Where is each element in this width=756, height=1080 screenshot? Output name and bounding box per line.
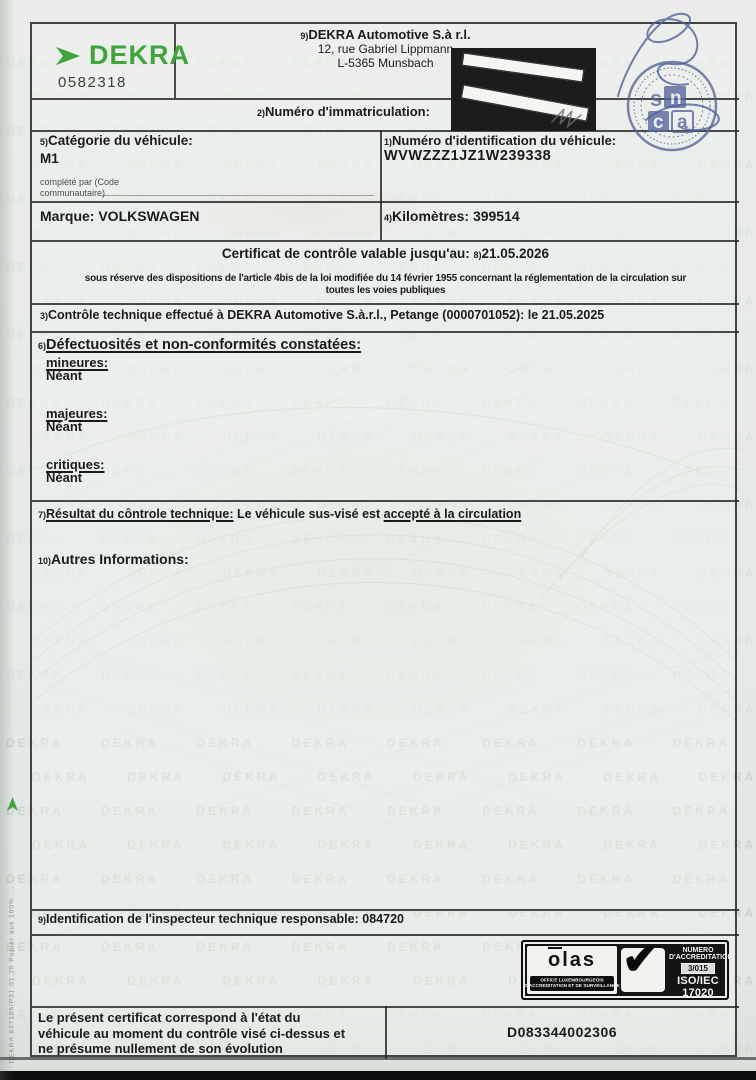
field-ref: 4) (384, 213, 392, 223)
row-divider (32, 909, 739, 911)
station-number: 0582318 (58, 74, 127, 91)
result-value: accepté à la circulation (384, 507, 522, 521)
category-note: complété par (Code communautaire) (40, 177, 119, 198)
snca-stamp: s n c a (624, 56, 720, 156)
field-ref: 10) (38, 556, 51, 566)
row-divider (32, 303, 739, 305)
code-fill-line (102, 195, 374, 196)
field-ref: 3) (40, 311, 48, 321)
numero-line2: D'ACCREDITATION: (669, 954, 727, 961)
stamp-letter-a: a (677, 112, 688, 133)
row-divider (32, 500, 739, 502)
defect-major-value: Néant (46, 419, 82, 434)
km-value: 399514 (473, 208, 520, 224)
station-address1: 12, rue Gabriel Lippmann (32, 42, 739, 56)
checkmark-icon: ✔ (622, 934, 659, 985)
station-name: DEKRA Automotive S.à r.l. (308, 27, 470, 42)
brand-value: VOLKSWAGEN (98, 208, 199, 224)
validity-title: Certificat de contrôle valable jusqu'au:… (32, 246, 739, 261)
validity-reserve: sous réserve des dispositions de l'artic… (32, 273, 739, 296)
validity-date: 21.05.2026 (481, 246, 549, 261)
vin-value: WVWZZZ1JZ1W239338 (384, 148, 551, 164)
stamp-letter-c: c (653, 112, 664, 133)
redaction-stripe (461, 84, 589, 121)
redaction-box (451, 48, 596, 131)
col-divider-vehicle (380, 130, 382, 240)
photo-bottom-edge (0, 1071, 756, 1080)
inspection-line: 3)Contrôle technique effectué à DEKRA Au… (40, 308, 604, 322)
inspector-value: 084720 (362, 912, 404, 926)
olas-panel: olas OFFICE LUXEMBOURGEOIS D'ACCREDITATI… (527, 946, 617, 994)
result-prefix: Le véhicule sus-visé est (237, 507, 380, 521)
result-label: Résultat du côntrole technique: (46, 507, 234, 521)
row-divider (32, 331, 739, 333)
footer-doc-number: D083344002306 (385, 1024, 739, 1040)
km-line: 4)Kilomètres: 399514 (384, 208, 520, 224)
redaction-stripe (462, 53, 585, 83)
photo-left-edge (0, 0, 14, 1080)
field-ref: 2) (257, 108, 265, 118)
iso-standard: ISO/IEC 17020 (669, 975, 727, 999)
defects-title: 6)Défectuosités et non-conformités const… (38, 337, 361, 353)
accreditation-number-panel: NUMERO D'ACCREDITATION: 3/015 ISO/IEC 17… (669, 944, 727, 998)
defect-minor-value: Néant (46, 368, 82, 383)
defect-critical-value: Néant (46, 470, 82, 485)
accreditation-badge: olas OFFICE LUXEMBOURGEOIS D'ACCREDITATI… (521, 940, 729, 1000)
check-box: ✔ (621, 948, 665, 992)
numero-value: 3/015 (681, 963, 715, 974)
olas-office-line2: D'ACCREDITATION ET DE SURVEILLANCE (524, 984, 619, 989)
registration-label: 2)Numéro d'immatriculation: (257, 104, 430, 119)
other-info-label: 10)Autres Informations: (38, 551, 189, 567)
stamp-letter-n: n (670, 88, 682, 109)
stamp-letter-s: s (650, 86, 662, 111)
certificate-photo: { "colors": { "dekra_green": "#3fa53c", … (0, 0, 756, 1080)
brand-label: Marque: (40, 208, 94, 224)
olas-office-line1: OFFICE LUXEMBOURGEOIS (524, 978, 619, 983)
paper-edge-shadow (0, 1057, 756, 1060)
field-ref: 5) (40, 137, 48, 147)
category-label: 5)Catégorie du véhicule: (40, 133, 193, 148)
result-line: 7)Résultat du côntrole technique: Le véh… (38, 507, 521, 521)
field-ref: 6) (38, 341, 46, 351)
field-ref: 7) (38, 510, 46, 520)
brand-line: Marque: VOLKSWAGEN (40, 208, 199, 224)
inspector-line: 9)Identification de l'inspecteur techniq… (38, 912, 404, 926)
field-ref: 1) (384, 137, 392, 147)
olas-office-pill: OFFICE LUXEMBOURGEOIS D'ACCREDITATION ET… (530, 976, 614, 991)
category-value: M1 (40, 151, 59, 166)
olas-logo: olas (527, 949, 617, 972)
certificate-body: DEKRA 0582318 9)DEKRA Automotive S.à r.l… (30, 22, 737, 1057)
footer-disclaimer: Le présent certificat correspond à l'éta… (38, 1010, 345, 1057)
row-divider (32, 201, 739, 203)
numero-line1: NUMERO (669, 947, 727, 954)
row-divider (32, 240, 739, 242)
vin-label: 1)Numéro d'identification du véhicule: (384, 133, 616, 148)
field-ref: 9) (38, 915, 46, 925)
